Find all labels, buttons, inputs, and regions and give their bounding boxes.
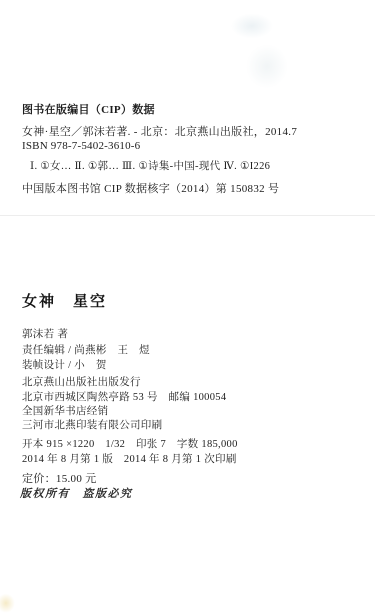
- publisher-name: 北京燕山出版社出版发行: [22, 376, 141, 389]
- printer-info: 三河市北燕印装有限公司印刷: [22, 419, 162, 432]
- price: 定价：15.00 元: [22, 473, 97, 486]
- distribution-info: 全国新华书店经销: [22, 405, 108, 418]
- horizontal-divider: [0, 215, 375, 216]
- scan-stain-artifact: [0, 584, 28, 613]
- author-credit: 郭沫若 著: [22, 328, 68, 341]
- scan-bleedthrough-artifact: [222, 8, 297, 98]
- editor-credit: 责任编辑 / 尚燕彬 王 煜: [22, 344, 150, 357]
- designer-credit: 装帧设计 / 小 贺: [22, 359, 107, 372]
- format-specs: 开本 915 ×1220 1/32 印张 7 字数 185,000: [22, 438, 238, 451]
- book-title: 女神 星空: [22, 296, 107, 309]
- cip-registry-number: 中国版本图书馆 CIP 数据核字（2014）第 150832 号: [22, 183, 279, 196]
- publisher-address: 北京市西城区陶然亭路 53 号 邮编 100054: [22, 391, 226, 404]
- classification-codes: Ⅰ. ①女… Ⅱ. ①郭… Ⅲ. ①诗集-中国-现代 Ⅳ. ①I226: [30, 160, 270, 173]
- edition-info: 2014 年 8 月第 1 版 2014 年 8 月第 1 次印刷: [22, 453, 237, 466]
- copyright-notice: 版权所有 盗版必究: [20, 488, 133, 501]
- copyright-page: 图书在版编目（CIP）数据 女神·星空／郭沫若著. - 北京：北京燕山出版社，2…: [0, 0, 375, 613]
- cip-heading: 图书在版编目（CIP）数据: [22, 104, 155, 117]
- isbn-number: ISBN 978-7-5402-3610-6: [22, 140, 140, 153]
- bibliographic-entry: 女神·星空／郭沫若著. - 北京：北京燕山出版社，2014.7: [22, 126, 297, 139]
